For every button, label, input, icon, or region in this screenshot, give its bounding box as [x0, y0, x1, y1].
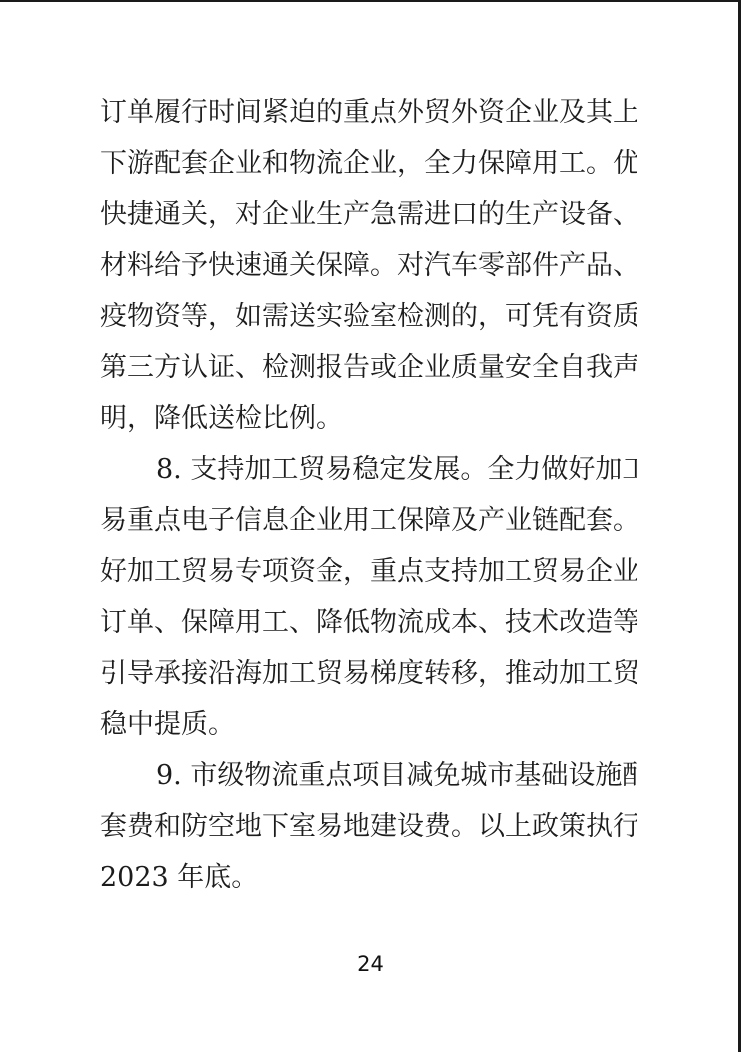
page-number: 24	[0, 952, 741, 976]
text-line: 套费和防空地下室易地建设费。以上政策执行至	[100, 806, 637, 857]
text-line: 好加工贸易专项资金，重点支持加工贸易企业稳	[100, 551, 637, 602]
text-line: 疫物资等，如需送实验室检测的，可凭有资质的	[100, 296, 637, 347]
text-line: 8. 支持加工贸易稳定发展。全力做好加工贸	[100, 449, 637, 500]
text-line: 材料给予快速通关保障。对汽车零部件产品、防	[100, 245, 637, 296]
text-line: 引导承接沿海加工贸易梯度转移，推动加工贸易	[100, 653, 637, 704]
document-page: 订单履行时间紧迫的重点外贸外资企业及其上 下游配套企业和物流企业，全力保障用工。…	[0, 0, 741, 1052]
text-line: 订单、保障用工、降低物流成本、技术改造等，	[100, 602, 637, 653]
paragraph-item-9: 9. 市级物流重点项目减免城市基础设施配 套费和防空地下室易地建设费。以上政策执…	[100, 755, 637, 908]
text-line: 明，降低送检比例。	[100, 398, 637, 449]
text-line: 第三方认证、检测报告或企业质量安全自我声	[100, 347, 637, 398]
text-line: 2023 年底。	[100, 857, 637, 908]
paragraph-item-8: 8. 支持加工贸易稳定发展。全力做好加工贸 易重点电子信息企业用工保障及产业链配…	[100, 449, 637, 755]
text-line: 订单履行时间紧迫的重点外贸外资企业及其上	[100, 92, 637, 143]
text-line: 易重点电子信息企业用工保障及产业链配套。用	[100, 500, 637, 551]
text-line: 稳中提质。	[100, 704, 637, 755]
text-line: 9. 市级物流重点项目减免城市基础设施配	[100, 755, 637, 806]
text-line: 快捷通关，对企业生产急需进口的生产设备、原	[100, 194, 637, 245]
text-line: 下游配套企业和物流企业，全力保障用工。优化	[100, 143, 637, 194]
body-text: 订单履行时间紧迫的重点外贸外资企业及其上 下游配套企业和物流企业，全力保障用工。…	[100, 92, 637, 908]
paragraph-continuation: 订单履行时间紧迫的重点外贸外资企业及其上 下游配套企业和物流企业，全力保障用工。…	[100, 92, 637, 449]
